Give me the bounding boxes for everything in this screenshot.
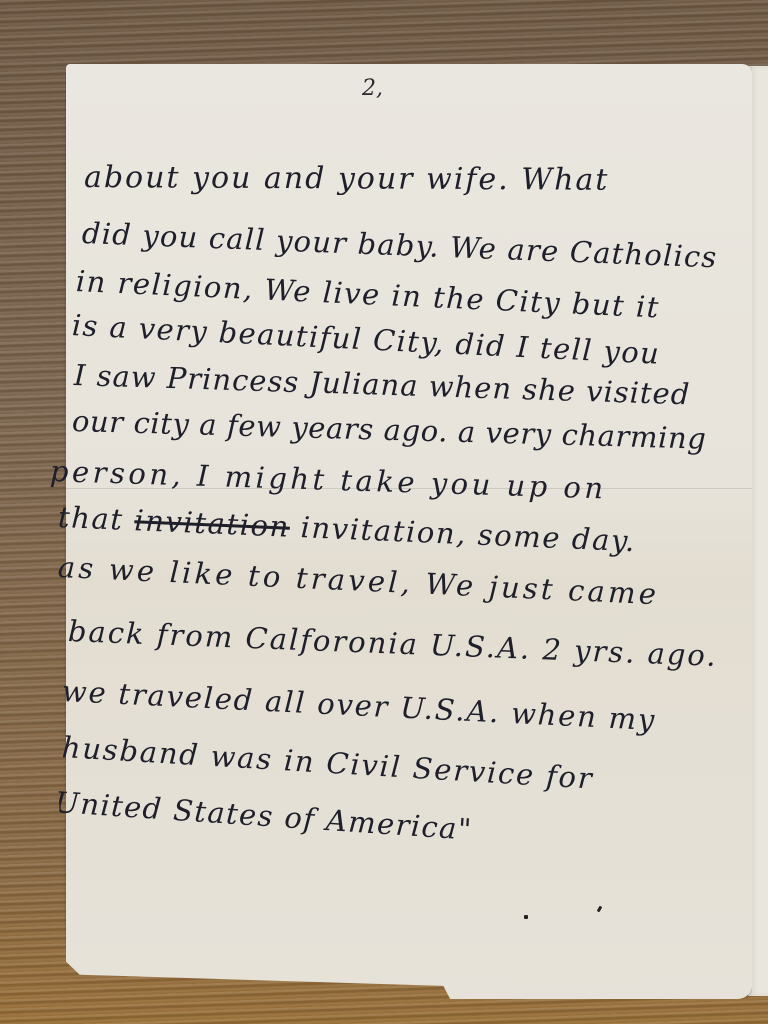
letter-page: 2, about you and your wife. What did you…: [66, 64, 752, 999]
letter-line-8: that invitation invitation, some day.: [57, 500, 636, 558]
letter-line-12: husband was in Civil Service for: [61, 730, 594, 796]
ink-tick: [597, 906, 603, 913]
letter-line-8-end: invitation, some day.: [289, 510, 636, 558]
crossed-out-word: invitation: [134, 503, 291, 543]
letter-line-8-start: that: [57, 500, 135, 537]
letter-line-2: did you call your baby. We are Catholics: [81, 216, 718, 274]
letter-line-7: person, I might take you up on: [49, 454, 607, 505]
page-number: 2,: [362, 76, 383, 101]
letter-line-10: back from Calforonia U.S.A. 2 yrs. ago.: [67, 614, 718, 673]
ink-dot: [524, 915, 528, 919]
letter-line-13: "United States of America": [39, 784, 474, 847]
letter-line-1: about you and your wife. What: [84, 160, 610, 198]
letter-line-11: we traveled all over U.S.A. when my: [61, 674, 657, 737]
letter-line-9: as we like to travel, We just came: [57, 550, 660, 611]
letter-line-6: our city a few years ago. a very charmin…: [72, 404, 707, 456]
